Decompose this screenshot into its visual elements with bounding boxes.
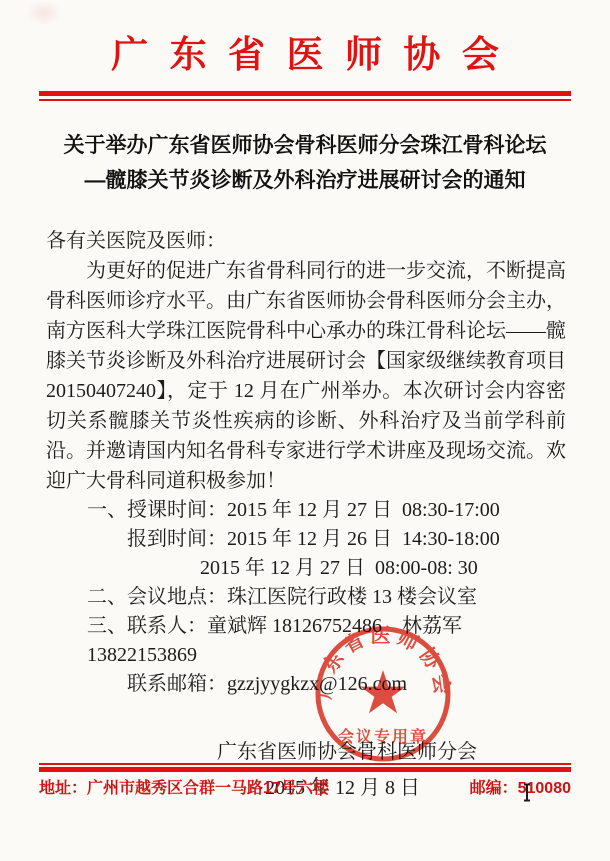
text-cursor-icon bbox=[521, 783, 533, 802]
rule-thin bbox=[39, 99, 571, 101]
list-item-contact-email: 联系邮箱：gzzjyygkzx@126.com bbox=[127, 670, 566, 699]
list-item-lecture-time: 一、授课时间：2015 年 12 月 27 日 08:30-17:00 bbox=[87, 496, 566, 525]
letterhead-rule bbox=[39, 91, 571, 101]
rule-thick bbox=[39, 767, 571, 772]
scan-smudge bbox=[26, 0, 62, 26]
footer-address-value: 广州市越秀区合群一马路17号六楼 bbox=[87, 780, 329, 797]
list-item-registration-time: 报到时间：2015 年 12 月 26 日 14:30-18:00 bbox=[127, 525, 566, 554]
list-item-contacts: 三、联系人：童斌辉 18126752486 林荔军 13822153869 bbox=[87, 612, 566, 670]
intro-paragraph: 为更好的促进广东省骨科同行的进一步交流，不断提高骨科医师诊疗水平。由广东省医师协… bbox=[46, 256, 566, 496]
notice-body: 各有关医院及医师： 为更好的促进广东省骨科同行的进一步交流，不断提高骨科医师诊疗… bbox=[0, 226, 610, 699]
signature-org: 广东省医师协会骨科医师分会 bbox=[0, 739, 610, 765]
list-item-registration-time-2: 2015 年 12 月 27 日 08:00-08: 30 bbox=[200, 554, 566, 583]
notice-title-line2: —髋膝关节炎诊断及外科治疗进展研讨会的通知 bbox=[0, 163, 610, 198]
footer-address: 地址：广州市越秀区合群一马路17号六楼 bbox=[39, 779, 329, 799]
notice-title: 关于举办广东省医师协会骨科医师分会珠江骨科论坛 —髋膝关节炎诊断及外科治疗进展研… bbox=[0, 128, 610, 198]
rule-thin bbox=[39, 763, 571, 765]
notice-title-line1: 关于举办广东省医师协会骨科医师分会珠江骨科论坛 bbox=[0, 128, 610, 163]
footer-postcode-label: 邮编： bbox=[470, 780, 518, 797]
rule-thick bbox=[39, 91, 571, 96]
list-item-venue: 二、会议地点：珠江医院行政楼 13 楼会议室 bbox=[87, 583, 566, 612]
footer-rule bbox=[39, 763, 571, 772]
footer-address-label: 地址： bbox=[39, 780, 87, 797]
letterhead-org-name: 广东省医师协会 bbox=[0, 0, 610, 78]
scanned-notice-document: 广东省医师协会 关于举办广东省医师协会骨科医师分会珠江骨科论坛 —髋膝关节炎诊断… bbox=[0, 0, 610, 861]
salutation: 各有关医院及医师： bbox=[46, 226, 566, 256]
footer: 地址：广州市越秀区合群一马路17号六楼 邮编：510080 bbox=[0, 763, 610, 799]
